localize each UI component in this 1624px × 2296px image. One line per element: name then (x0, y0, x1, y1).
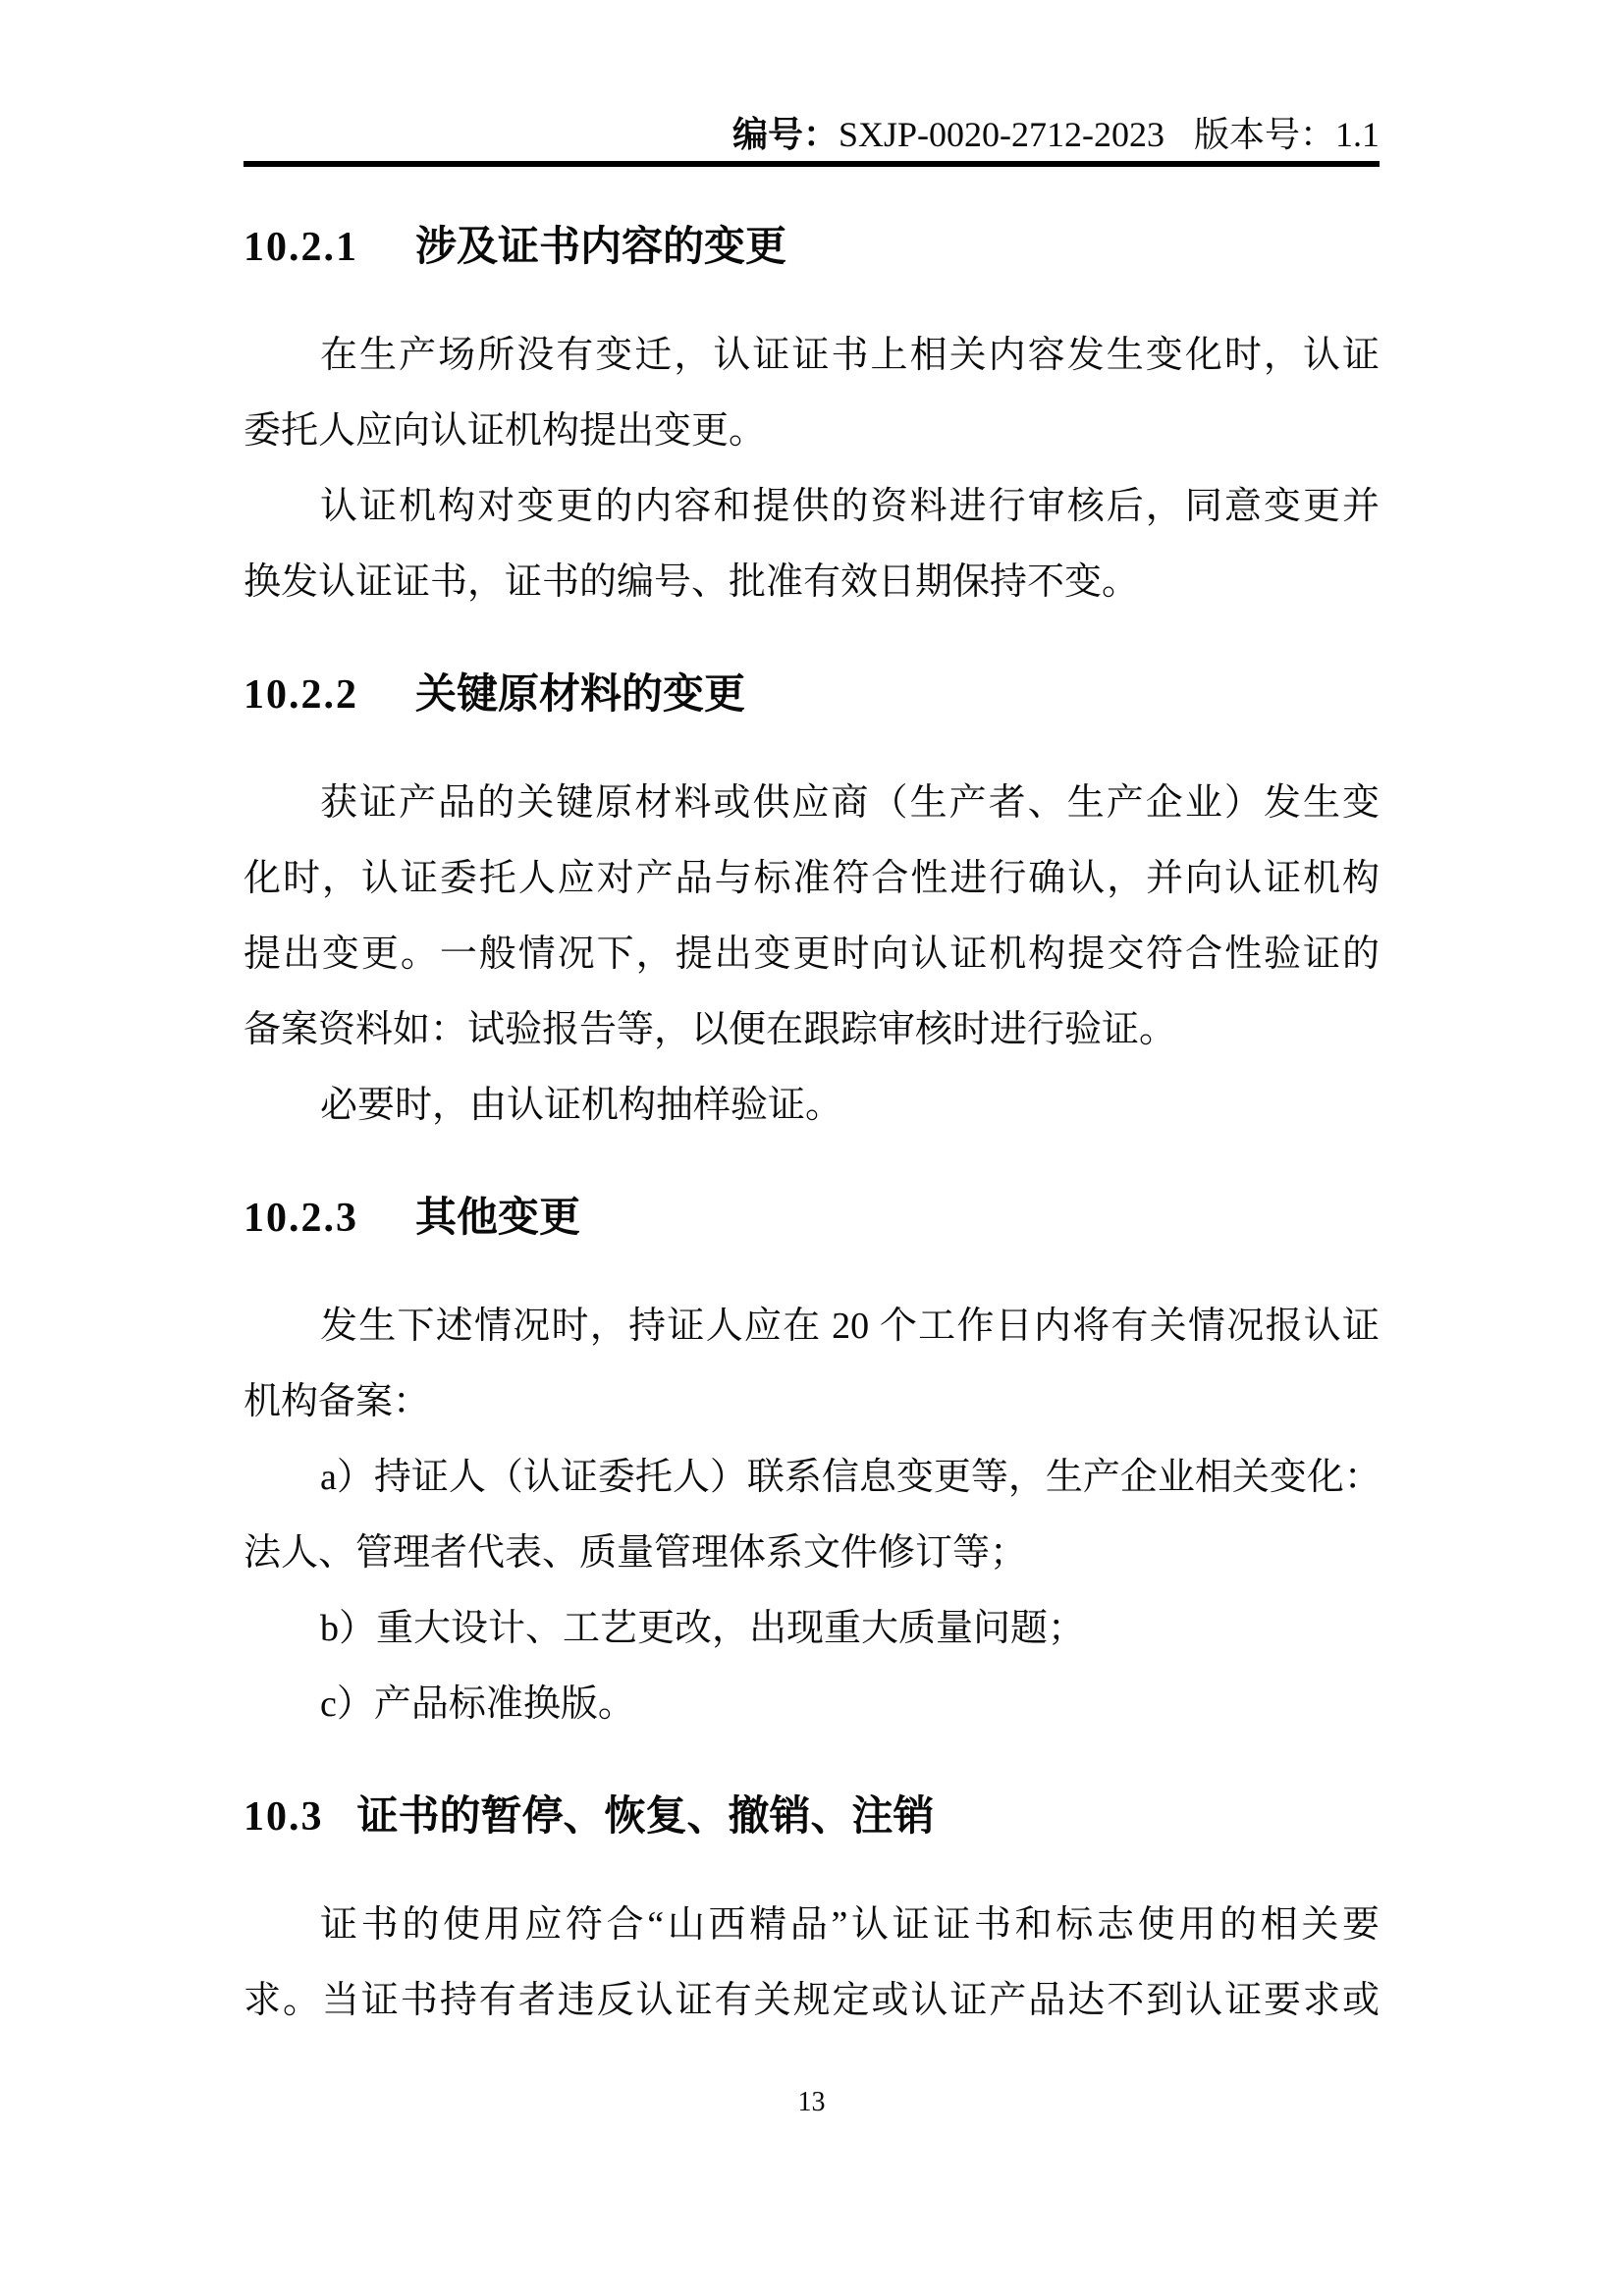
text-line: b）重大设计、工艺更改，出现重大质量问题； (244, 1591, 1380, 1667)
document-page: 编号：SXJP-0020-2712-2023版本号：1.1 10.2.1涉及证书… (0, 0, 1624, 2296)
text-line: 获证产品的关键原材料或供应商（生产者、生产企业）发生变 (244, 766, 1380, 841)
section-title: 涉及证书内容的变更 (415, 225, 786, 270)
text-line: 在生产场所没有变迁，认证证书上相关内容发生变化时，认证 (244, 318, 1380, 394)
text-line: 委托人应向认证机构提出变更。 (244, 394, 1380, 469)
text-line: 必要时，由认证机构抽样验证。 (244, 1068, 1380, 1144)
version-label: 版本号： (1194, 115, 1335, 154)
text-line: c）产品标准换版。 (244, 1667, 1380, 1742)
doc-number-value: SXJP-0020-2712-2023 (839, 115, 1164, 154)
paragraph: 必要时，由认证机构抽样验证。 (244, 1068, 1380, 1144)
text-line: 法人、管理者代表、质量管理体系文件修订等； (244, 1516, 1380, 1591)
text-line: 机构备案： (244, 1364, 1380, 1440)
version-value: 1.1 (1335, 115, 1380, 154)
section-title: 其他变更 (415, 1196, 580, 1241)
section-number: 10.2.3 (244, 1196, 358, 1241)
section-number: 10.2.2 (244, 672, 358, 718)
text-line: 证书的使用应符合“山西精品”认证证书和标志使用的相关要 (244, 1888, 1380, 1963)
section-number: 10.2.1 (244, 225, 358, 270)
paragraph: a）持证人（认证委托人）联系信息变更等，生产企业相关变化：法人、管理者代表、质量… (244, 1440, 1380, 1591)
paragraph: c）产品标准换版。 (244, 1667, 1380, 1742)
document-body: 10.2.1涉及证书内容的变更在生产场所没有变迁，认证证书上相关内容发生变化时，… (244, 160, 1380, 2039)
text-line: 发生下述情况时，持证人应在 20 个工作日内将有关情况报认证 (244, 1289, 1380, 1364)
text-line: 换发认证证书，证书的编号、批准有效日期保持不变。 (244, 545, 1380, 620)
text-line: 化时，认证委托人应对产品与标准符合性进行确认，并向认证机构 (244, 841, 1380, 917)
text-line: a）持证人（认证委托人）联系信息变更等，生产企业相关变化： (244, 1440, 1380, 1516)
section-heading-10.2.1: 10.2.1涉及证书内容的变更 (244, 210, 1380, 286)
section-title: 关键原材料的变更 (415, 672, 745, 718)
section-heading-10.2.2: 10.2.2关键原材料的变更 (244, 658, 1380, 733)
paragraph: 证书的使用应符合“山西精品”认证证书和标志使用的相关要求。当证书持有者违反认证有… (244, 1888, 1380, 2039)
page-header: 编号：SXJP-0020-2712-2023版本号：1.1 (244, 0, 1380, 167)
text-line: 备案资料如：试验报告等，以便在跟踪审核时进行验证。 (244, 992, 1380, 1068)
paragraph: 获证产品的关键原材料或供应商（生产者、生产企业）发生变化时，认证委托人应对产品与… (244, 766, 1380, 1068)
paragraph: 在生产场所没有变迁，认证证书上相关内容发生变化时，认证委托人应向认证机构提出变更… (244, 318, 1380, 469)
section-heading-10.2.3: 10.2.3其他变更 (244, 1181, 1380, 1256)
paragraph: b）重大设计、工艺更改，出现重大质量问题； (244, 1591, 1380, 1667)
text-line: 认证机构对变更的内容和提供的资料进行审核后，同意变更并 (244, 469, 1380, 545)
section-heading-10.3: 10.3证书的暂停、恢复、撤销、注销 (244, 1780, 1380, 1855)
section-title: 证书的暂停、恢复、撤销、注销 (357, 1794, 935, 1840)
text-line: 提出变更。一般情况下，提出变更时向认证机构提交符合性验证的 (244, 917, 1380, 992)
paragraph: 认证机构对变更的内容和提供的资料进行审核后，同意变更并换发认证证书，证书的编号、… (244, 469, 1380, 620)
page-number: 13 (798, 2087, 826, 2117)
paragraph: 发生下述情况时，持证人应在 20 个工作日内将有关情况报认证机构备案： (244, 1289, 1380, 1440)
section-number: 10.3 (244, 1794, 324, 1840)
page-footer: 13 (244, 2083, 1380, 2122)
text-line: 求。当证书持有者违反认证有关规定或认证产品达不到认证要求或 (244, 1963, 1380, 2039)
doc-number-label: 编号： (732, 115, 839, 154)
